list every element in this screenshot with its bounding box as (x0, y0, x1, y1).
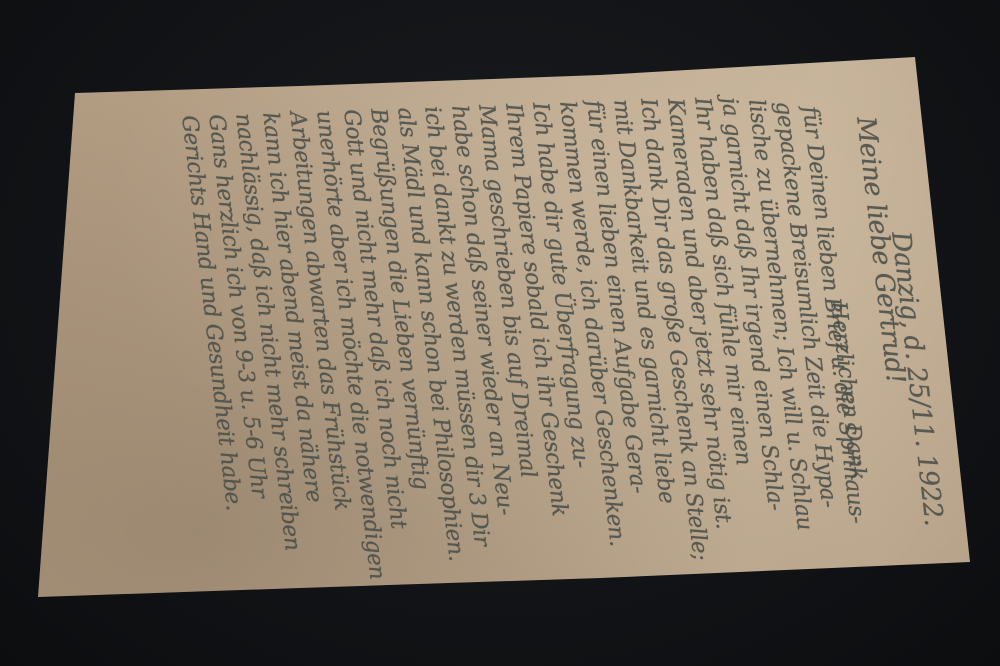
handwriting-area: Danzig, d. 25/11. 1922. Meine liebe Gert… (0, 0, 1000, 666)
